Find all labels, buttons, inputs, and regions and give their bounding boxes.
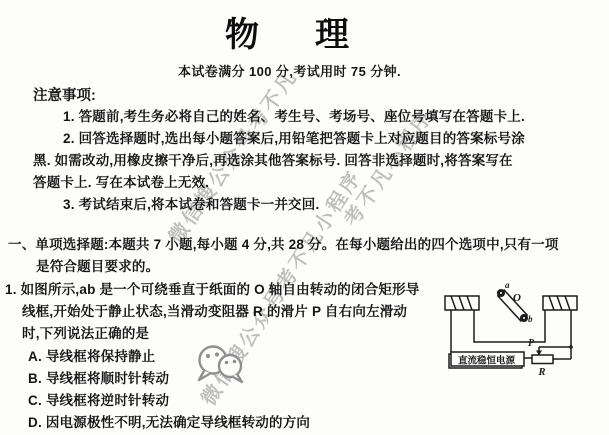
paper-title-char-right: 理: [315, 7, 349, 56]
wechat-logo-icon: [196, 341, 246, 389]
slider-label-p: P: [528, 338, 535, 349]
notice-line-1: 1. 答题前,考生务必将自己的姓名、考生号、考场号、座位号填写在答题卡上.: [63, 110, 525, 124]
section-header-line-1: 一、单项选择题:本题共 7 小题,每小题 4 分,共 28 分。在每小题给出的四…: [8, 238, 559, 252]
loop-label-o: O: [513, 292, 521, 304]
notice-heading: 注意事项:: [33, 89, 96, 104]
paper-subtitle: 本试卷满分 100 分,考试用时 75 分钟.: [178, 65, 401, 78]
question-1-option-a: A. 导线框将保持静止: [28, 350, 155, 364]
paper-title: 物 理: [225, 7, 349, 56]
coil-left-icon: [445, 296, 479, 310]
section-header-line-2: 是符合题目要求的。: [36, 260, 159, 274]
notice-line-2: 2. 回答选择题时,选出每小题答案后,用铅笔把答题卡上对应题目的答案标号涂: [63, 132, 525, 146]
question-1-line-1: 1. 如图所示,ab 是一个可绕垂直于纸面的 O 轴自由转动的闭合矩形导: [5, 283, 419, 297]
question-1-option-c: C. 导线框将逆时针转动: [28, 394, 169, 408]
question-1-line-3: 时,下列说法正确的是: [22, 327, 149, 341]
coil-right-icon: [543, 296, 577, 310]
circuit-diagram-figure: a O b P R 直流稳恒电源: [435, 276, 607, 380]
junction-dot: [569, 345, 573, 349]
exam-paper-page: 微信搜公众号考不凡 考不凡小程序 微信搜公众号考不凡小程序 物 理 本试卷满分 …: [0, 0, 609, 435]
loop-label-b: b: [528, 314, 533, 324]
circuit-wire-middle: [474, 310, 545, 342]
paper-title-char-left: 物: [225, 7, 259, 56]
notice-line-3: 黑. 如需改动,用橡皮擦干净后,再选涂其他答案标号. 回答非选择题时,将答案写在: [33, 154, 513, 168]
rheostat-label-r: R: [537, 367, 545, 378]
question-1-line-2: 线框,开始处于静止状态,当滑动变阻器 R 的滑片 P 自右向左滑动: [22, 305, 407, 319]
power-supply-label: 直流稳恒电源: [458, 355, 516, 367]
question-1-option-d: D. 因电源极性不明,无法确定导线框转动的方向: [28, 416, 310, 430]
rheostat-icon: [532, 347, 553, 364]
notice-line-4: 答题卡上. 写在本试卷上无效.: [33, 176, 209, 190]
loop-label-a: a: [505, 280, 510, 290]
question-1-option-b: B. 导线框将顺时针转动: [28, 372, 169, 386]
notice-line-5: 3. 考试结束后,将本试卷和答题卡一并交回.: [63, 198, 319, 212]
